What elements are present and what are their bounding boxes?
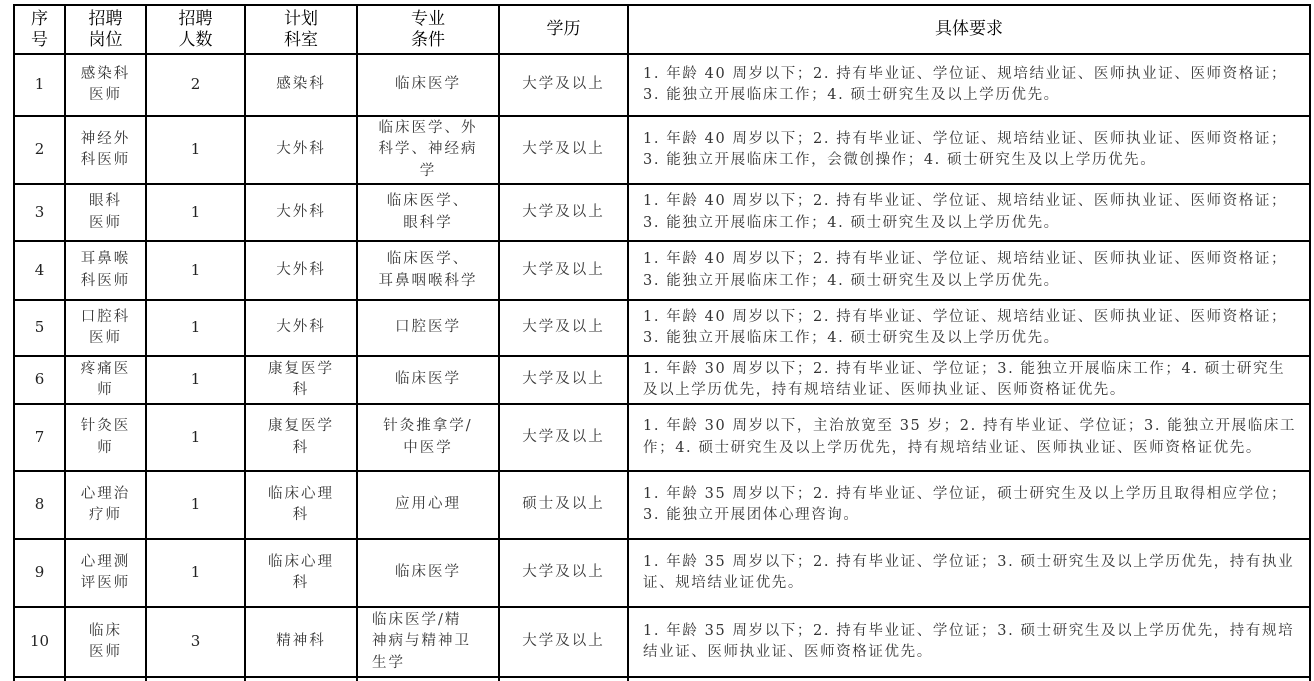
cell-major: 临床医学 xyxy=(357,54,499,116)
cell-count: 2 xyxy=(146,54,245,116)
cell-count: 1 xyxy=(146,116,245,184)
cell-position: 耳鼻喉 科医师 xyxy=(65,241,146,300)
cell-position: 感染科 医师 xyxy=(65,54,146,116)
cell-position: 针灸医 师 xyxy=(65,404,146,471)
cell-major: 临床医学 xyxy=(357,539,499,607)
cell-position: 心理测 评医师 xyxy=(65,539,146,607)
cell-index: 3 xyxy=(14,184,65,241)
cell-department: 康复医学 科 xyxy=(245,404,357,471)
table-row: 8 心理治 疗师 1 临床心理 科 应用心理 硕士及以上 1. 年龄 35 周岁… xyxy=(14,471,1310,539)
cell-requirements: 1. 年龄 30 周岁以下；2. 持有毕业证、学位证；3. 能独立开展临床工作；… xyxy=(628,356,1310,404)
cell-education: 大学及以上 xyxy=(499,54,628,116)
cell-index: 7 xyxy=(14,404,65,471)
table-row: 4 耳鼻喉 科医师 1 大外科 临床医学、 耳鼻咽喉科学 大学及以上 1. 年龄… xyxy=(14,241,1310,300)
cell-education: 大学及以上 xyxy=(499,404,628,471)
header-requirements: 具体要求 xyxy=(628,5,1310,54)
cell-position: 临床 医师 xyxy=(65,607,146,677)
cell-requirements: 1. 年龄 40 周岁以下；2. 持有毕业证、学位证、规培结业证、医师执业证、医… xyxy=(628,54,1310,116)
cell-education: 大学及以上 xyxy=(499,539,628,607)
recruitment-table: 序 号 招聘 岗位 招聘 人数 计划 科室 专业 条件 学历 具体要求 1 感染… xyxy=(13,4,1311,681)
cell-position: 疼痛医 师 xyxy=(65,356,146,404)
table-row-partial xyxy=(14,677,1310,681)
cell-requirements: 1. 年龄 35 周岁以下；2. 持有毕业证、学位证；3. 硕士研究生及以上学历… xyxy=(628,607,1310,677)
cell-count: 1 xyxy=(146,356,245,404)
cell-major: 口腔医学 xyxy=(357,300,499,356)
cell-major: 应用心理 xyxy=(357,471,499,539)
cell-position: 神经外 科医师 xyxy=(65,116,146,184)
table-header-row: 序 号 招聘 岗位 招聘 人数 计划 科室 专业 条件 学历 具体要求 xyxy=(14,5,1310,54)
cell-major: 临床医学、外 科学、神经病 学 xyxy=(357,116,499,184)
cell-education: 大学及以上 xyxy=(499,184,628,241)
cell-index: 5 xyxy=(14,300,65,356)
table-row: 1 感染科 医师 2 感染科 临床医学 大学及以上 1. 年龄 40 周岁以下；… xyxy=(14,54,1310,116)
cell-count: 1 xyxy=(146,184,245,241)
table-row: 6 疼痛医 师 1 康复医学 科 临床医学 大学及以上 1. 年龄 30 周岁以… xyxy=(14,356,1310,404)
table-row: 7 针灸医 师 1 康复医学 科 针灸推拿学/ 中医学 大学及以上 1. 年龄 … xyxy=(14,404,1310,471)
cell-department: 临床心理 科 xyxy=(245,539,357,607)
cell-major: 临床医学 xyxy=(357,356,499,404)
cell-position: 眼科 医师 xyxy=(65,184,146,241)
cell-education: 大学及以上 xyxy=(499,300,628,356)
cell-department: 感染科 xyxy=(245,54,357,116)
cell-department: 大外科 xyxy=(245,184,357,241)
cell-education: 大学及以上 xyxy=(499,116,628,184)
cell-requirements: 1. 年龄 30 周岁以下，主治放宽至 35 岁；2. 持有毕业证、学位证；3.… xyxy=(628,404,1310,471)
header-count: 招聘 人数 xyxy=(146,5,245,54)
cell-department: 精神科 xyxy=(245,607,357,677)
cell-department: 大外科 xyxy=(245,300,357,356)
cell-count: 3 xyxy=(146,607,245,677)
header-department: 计划 科室 xyxy=(245,5,357,54)
header-index: 序 号 xyxy=(14,5,65,54)
cell-education: 大学及以上 xyxy=(499,607,628,677)
cell-requirements: 1. 年龄 40 周岁以下；2. 持有毕业证、学位证、规培结业证、医师执业证、医… xyxy=(628,184,1310,241)
cell-position: 心理治 疗师 xyxy=(65,471,146,539)
cell-department: 康复医学 科 xyxy=(245,356,357,404)
cell-education: 大学及以上 xyxy=(499,356,628,404)
header-position: 招聘 岗位 xyxy=(65,5,146,54)
cell-major: 临床医学、 眼科学 xyxy=(357,184,499,241)
cell-count: 1 xyxy=(146,241,245,300)
cell-education: 硕士及以上 xyxy=(499,471,628,539)
cell-requirements: 1. 年龄 35 周岁以下；2. 持有毕业证、学位证；3. 硕士研究生及以上学历… xyxy=(628,539,1310,607)
table-row: 9 心理测 评医师 1 临床心理 科 临床医学 大学及以上 1. 年龄 35 周… xyxy=(14,539,1310,607)
cell-major: 针灸推拿学/ 中医学 xyxy=(357,404,499,471)
cell-major: 临床医学/精 神病与精神卫 生学 xyxy=(357,607,499,677)
table-row: 10 临床 医师 3 精神科 临床医学/精 神病与精神卫 生学 大学及以上 1.… xyxy=(14,607,1310,677)
cell-index: 6 xyxy=(14,356,65,404)
table-row: 2 神经外 科医师 1 大外科 临床医学、外 科学、神经病 学 大学及以上 1.… xyxy=(14,116,1310,184)
cell-requirements: 1. 年龄 40 周岁以下；2. 持有毕业证、学位证、规培结业证、医师执业证、医… xyxy=(628,116,1310,184)
cell-index: 2 xyxy=(14,116,65,184)
cell-department: 大外科 xyxy=(245,241,357,300)
cell-count: 1 xyxy=(146,471,245,539)
cell-department: 临床心理 科 xyxy=(245,471,357,539)
cell-index: 9 xyxy=(14,539,65,607)
table-row: 5 口腔科 医师 1 大外科 口腔医学 大学及以上 1. 年龄 40 周岁以下；… xyxy=(14,300,1310,356)
cell-position: 口腔科 医师 xyxy=(65,300,146,356)
cell-department: 大外科 xyxy=(245,116,357,184)
cell-index: 4 xyxy=(14,241,65,300)
header-major: 专业 条件 xyxy=(357,5,499,54)
cell-index: 8 xyxy=(14,471,65,539)
cell-count: 1 xyxy=(146,300,245,356)
header-education: 学历 xyxy=(499,5,628,54)
cell-education: 大学及以上 xyxy=(499,241,628,300)
table-row: 3 眼科 医师 1 大外科 临床医学、 眼科学 大学及以上 1. 年龄 40 周… xyxy=(14,184,1310,241)
cell-index: 10 xyxy=(14,607,65,677)
cell-count: 1 xyxy=(146,539,245,607)
cell-requirements: 1. 年龄 40 周岁以下；2. 持有毕业证、学位证、规培结业证、医师执业证、医… xyxy=(628,241,1310,300)
cell-index: 1 xyxy=(14,54,65,116)
cell-major: 临床医学、 耳鼻咽喉科学 xyxy=(357,241,499,300)
cell-requirements: 1. 年龄 35 周岁以下；2. 持有毕业证、学位证，硕士研究生及以上学历且取得… xyxy=(628,471,1310,539)
cell-count: 1 xyxy=(146,404,245,471)
cell-requirements: 1. 年龄 40 周岁以下；2. 持有毕业证、学位证、规培结业证、医师执业证、医… xyxy=(628,300,1310,356)
